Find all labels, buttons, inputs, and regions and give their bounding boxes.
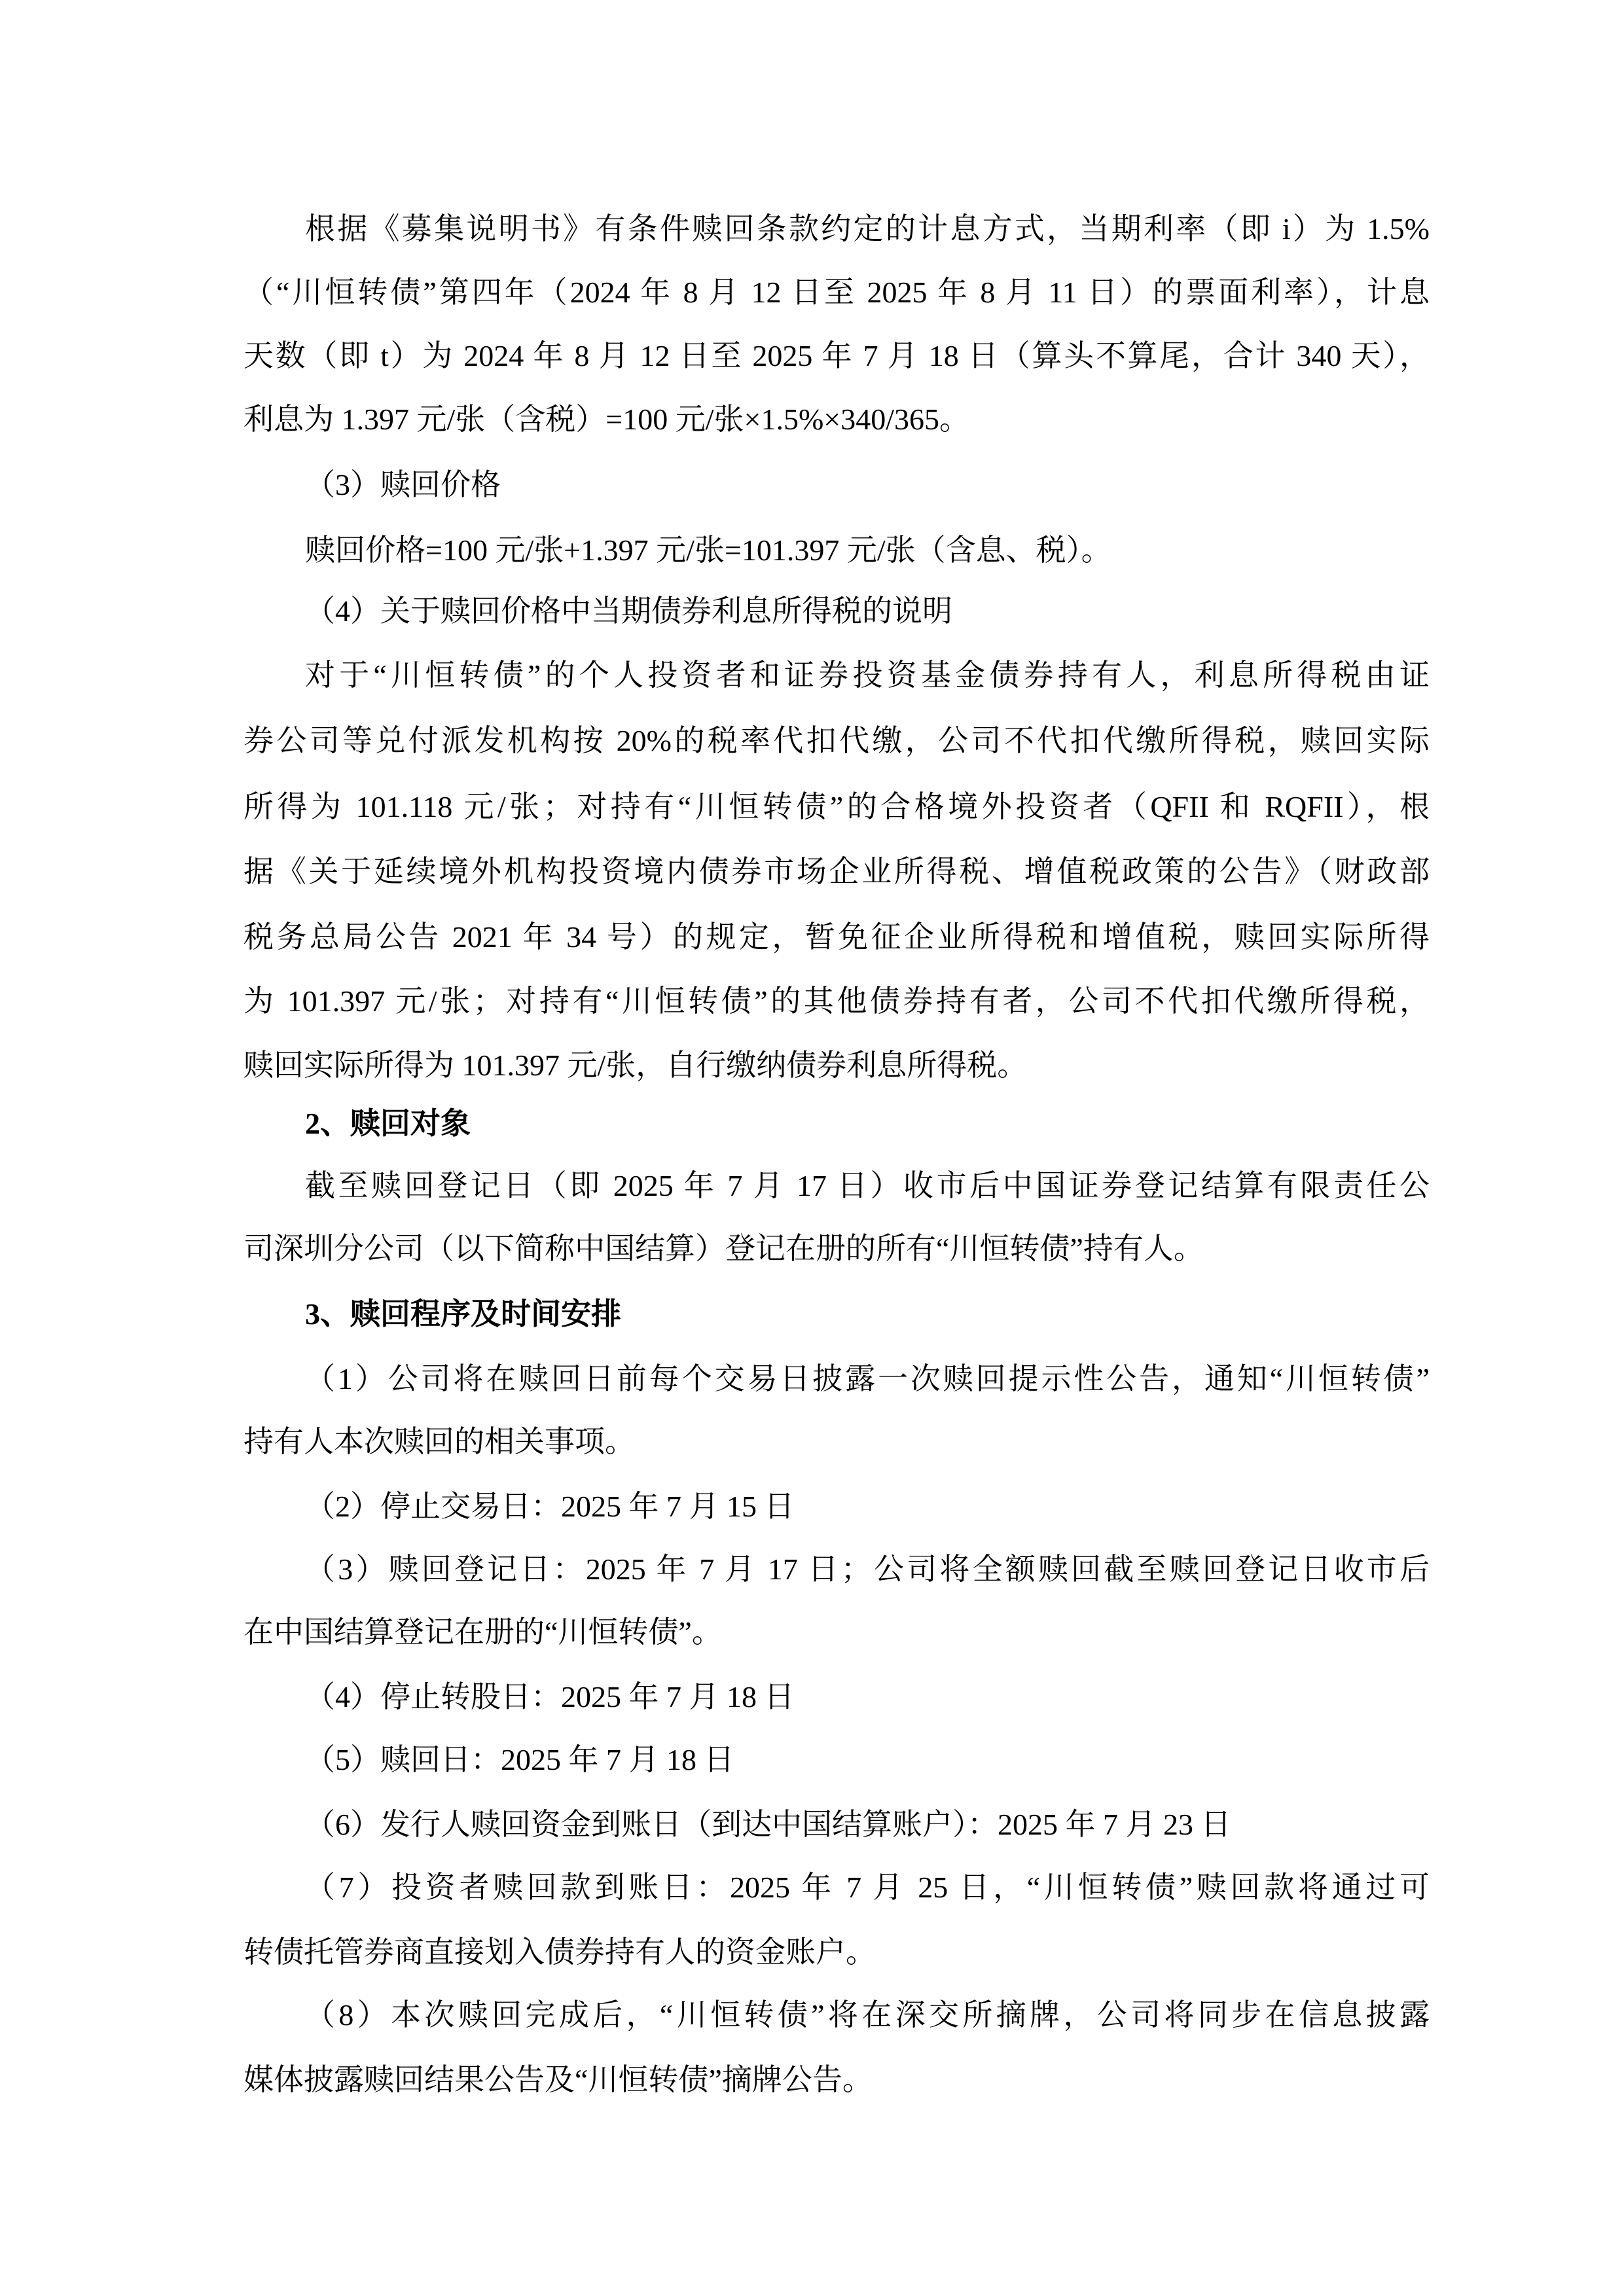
paragraph-line: （“川恒转债”第四年（2024 年 8 月 12 日至 2025 年 8 月 1… bbox=[244, 273, 1430, 312]
paragraph-line: 为 101.397 元/张；对持有“川恒转债”的其他债券持有者，公司不代扣代缴所… bbox=[244, 982, 1430, 1021]
paragraph-line: 赎回实际所得为 101.397 元/张，自行缴纳债券利息所得税。 bbox=[244, 1046, 1430, 1085]
schedule-item: （5）赎回日：2025 年 7 月 18 日 bbox=[305, 1740, 1430, 1780]
paragraph-line: 根据《募集说明书》有条件赎回条款约定的计息方式，当期利率（即 i）为 1.5% bbox=[305, 209, 1430, 249]
schedule-item: （6）发行人赎回资金到账日（到达中国结算账户）：2025 年 7 月 23 日 bbox=[305, 1805, 1430, 1844]
schedule-item: （7）投资者赎回款到账日：2025 年 7 月 25 日，“川恒转债”赎回款将通… bbox=[305, 1868, 1430, 1907]
schedule-item: （4）停止转股日：2025 年 7 月 18 日 bbox=[305, 1677, 1430, 1717]
paragraph-line: 赎回价格=100 元/张+1.397 元/张=101.397 元/张（含息、税）… bbox=[305, 531, 1430, 570]
paragraph-line: 天数（即 t）为 2024 年 8 月 12 日至 2025 年 7 月 18 … bbox=[244, 336, 1430, 376]
schedule-item: （1）公司将在赎回日前每个交易日披露一次赎回提示性公告，通知“川恒转债” bbox=[305, 1359, 1430, 1399]
paragraph-line: 截至赎回登记日（即 2025 年 7 月 17 日）收市后中国证券登记结算有限责… bbox=[305, 1166, 1430, 1206]
schedule-item: （8）本次赎回完成后，“川恒转债”将在深交所摘牌，公司将同步在信息披露 bbox=[305, 1996, 1430, 2035]
paragraph-line: 税务总局公告 2021 年 34 号）的规定，暂免征企业所得税和增值税，赎回实际… bbox=[244, 918, 1430, 957]
schedule-item: （3）赎回登记日：2025 年 7 月 17 日；公司将全额赎回截至赎回登记日收… bbox=[305, 1550, 1430, 1589]
document-page: 根据《募集说明书》有条件赎回条款约定的计息方式，当期利率（即 i）为 1.5% … bbox=[0, 0, 1624, 2296]
paragraph-line: 媒体披露赎回结果公告及“川恒转债”摘牌公告。 bbox=[244, 2060, 1430, 2100]
subsection-heading: （3）赎回价格 bbox=[305, 465, 1430, 505]
paragraph-line: 对于“川恒转债”的个人投资者和证券投资基金债券持有人，利息所得税由证 bbox=[305, 656, 1430, 695]
paragraph-line: 在中国结算登记在册的“川恒转债”。 bbox=[244, 1613, 1430, 1652]
section-heading-redemption-target: 2、赎回对象 bbox=[305, 1104, 1430, 1143]
paragraph-line: 转债托管券商直接划入债券持有人的资金账户。 bbox=[244, 1933, 1430, 1972]
paragraph-line: 利息为 1.397 元/张（含税）=100 元/张×1.5%×340/365。 bbox=[244, 400, 1430, 439]
paragraph-line: 司深圳分公司（以下简称中国结算）登记在册的所有“川恒转债”持有人。 bbox=[244, 1229, 1430, 1268]
schedule-item: （2）停止交易日：2025 年 7 月 15 日 bbox=[305, 1487, 1430, 1526]
section-heading-redemption-schedule: 3、赎回程序及时间安排 bbox=[305, 1295, 1430, 1334]
paragraph-line: 所得为 101.118 元/张；对持有“川恒转债”的合格境外投资者（QFII 和… bbox=[244, 787, 1430, 827]
paragraph-line: 据《关于延续境外机构投资境内债券市场企业所得税、增值税政策的公告》（财政部 bbox=[244, 852, 1430, 891]
paragraph-line: 券公司等兑付派发机构按 20%的税率代扣代缴，公司不代扣代缴所得税，赎回实际 bbox=[244, 721, 1430, 761]
paragraph-line: 持有人本次赎回的相关事项。 bbox=[244, 1422, 1430, 1462]
subsection-heading: （4）关于赎回价格中当期债券利息所得税的说明 bbox=[305, 592, 1430, 631]
